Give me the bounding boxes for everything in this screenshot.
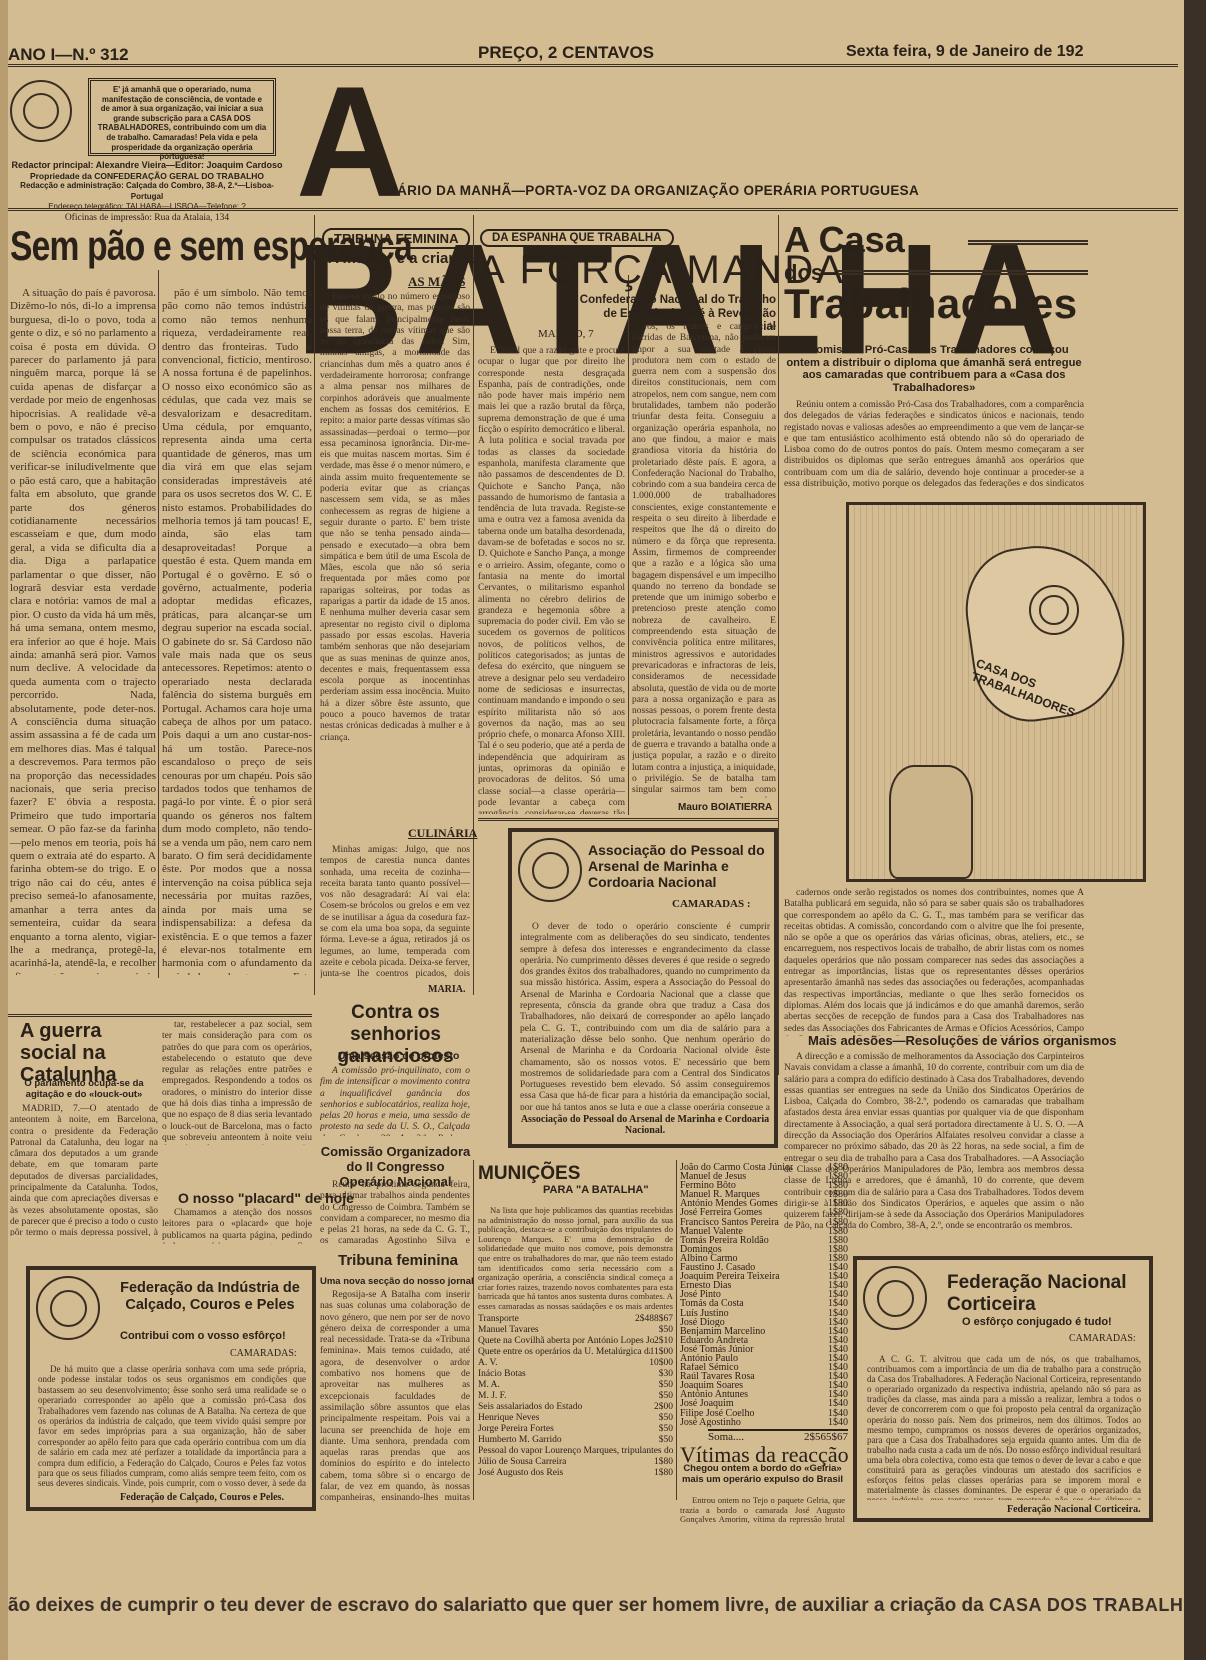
article-casa-body-bottom: cadernos onde serão registados os nomes …	[784, 888, 1084, 1036]
contribution-row: Raúl Tavares Rosa1$40	[680, 1372, 848, 1381]
contributor-name: Pessoal do vapor Lourenço Marques, tripu…	[478, 1446, 673, 1457]
footer-banner: OPERÁRIO, não deixes de cumprir o teu de…	[8, 1595, 1206, 1617]
contributor-name: Joaquim Pereira Teixeira	[680, 1272, 780, 1281]
headline-casa-line1: A Casa	[784, 222, 905, 258]
arsenal-headline: Associação do Pessoal do Arsenal de Mari…	[588, 842, 774, 890]
contribution-row: A. V.10$00	[478, 1358, 673, 1369]
contributor-name: Fermino Bôto	[680, 1181, 736, 1190]
contribution-row: José Diogo1$40	[680, 1318, 848, 1327]
contributor-name: João do Carmo Costa Júnior	[680, 1163, 793, 1172]
headline-tribuna-nova: Tribuna feminina	[338, 1252, 458, 1269]
contributor-name: A. V.	[478, 1358, 497, 1369]
contribution-row: Filipe José Coelho1$40	[680, 1409, 848, 1418]
headline-casa-line3: Trabalhadores	[784, 280, 1078, 328]
contribution-row: Pessoal do vapor Lourenço Marques, tripu…	[478, 1446, 673, 1457]
contribution-amount: $50	[659, 1325, 673, 1336]
contributor-name: Joaquim Soares	[680, 1381, 743, 1390]
tribuna-feminina-tag: TRIBUNA FEMININA	[322, 228, 470, 249]
headline-mulher-crianca: A mulher e a criança	[328, 250, 474, 267]
contributor-name: António Paulo	[680, 1354, 738, 1363]
contribution-row: Domingos1$80	[680, 1245, 848, 1254]
contributor-name: Domingos	[680, 1245, 722, 1254]
contributor-name: Manuel Tavares	[478, 1325, 539, 1336]
contributor-name: Humberto M. Garrido	[478, 1435, 562, 1446]
contributor-name: Faustino J. Casado	[680, 1263, 755, 1272]
contribution-row: Albino Carmo1$80	[680, 1254, 848, 1263]
article-vitimas-body: Entrou ontem no Tejo o paquete Gelria, q…	[680, 1496, 845, 1524]
contributor-name: Albino Carmo	[680, 1254, 738, 1263]
contribution-row: José Agostinho1$40	[680, 1418, 848, 1427]
contributor-name: Tomás da Costa	[680, 1299, 744, 1308]
contribution-amount: 2$00	[654, 1402, 673, 1413]
contribution-row: José Ferreira Gomes1$80	[680, 1208, 848, 1217]
subscription-notice-box: E' já amanhã que o operariado, numa mani…	[88, 78, 276, 156]
headline-guerra-social: A guerra social na Catalunha	[20, 1020, 160, 1086]
calcado-headline: Federação da Indústria de Calçado, Couro…	[110, 1280, 310, 1314]
contribution-row: José Pinto1$40	[680, 1290, 848, 1299]
arsenal-signature: Associação do Pessoal do Arsenal de Mari…	[520, 1114, 770, 1136]
contributor-name: Manuel de Jesus	[680, 1172, 746, 1181]
contribution-row: José Tomás Júnior1$40	[680, 1345, 848, 1354]
contributor-name: Manuel Valente	[680, 1227, 743, 1236]
issue-date: Sexta feira, 9 de Janeiro de 192	[846, 43, 1083, 61]
contribution-row: Júlio de Sousa Carreira1$80	[478, 1457, 673, 1468]
corticeira-headline: Federação Nacional Corticeira	[947, 1272, 1149, 1316]
contribution-row: Jorge Pereira Fortes$50	[478, 1424, 673, 1435]
subhead-para-a-batalha: PARA "A BATALHA"	[543, 1184, 649, 1196]
contributor-name: Filipe José Coelho	[680, 1409, 754, 1418]
contributor-name: Quete entre os operários da U. Metalúrgi…	[478, 1347, 650, 1358]
staff-ownership-line: Propriedade da CONFEDERAÇÃO GERAL DO TRA…	[8, 171, 286, 182]
arsenal-body: O dever de todo o operário consciente é …	[520, 922, 770, 1110]
article-casa-body-top: Reúniu ontem a comissão Pró-Casa dos Tra…	[784, 400, 1084, 488]
footer-banner-text: ão deixes de cumprir o teu dever de escr…	[8, 1595, 984, 1616]
cgt-seal-icon	[863, 1266, 927, 1330]
contribution-row: Rafael Sémico1$40	[680, 1363, 848, 1372]
article-municoes-body: Na lista que hoje publicamos das quantia…	[478, 1206, 673, 1312]
contribution-row: Benjamim Marcelino1$40	[680, 1327, 848, 1336]
contributions-list-b: João do Carmo Costa Júnior1$80Manuel de …	[680, 1163, 848, 1427]
issue-number: ANO I—N.º 312	[8, 45, 129, 65]
contributor-name: António Antunes	[680, 1390, 748, 1399]
contribution-amount: 10$00	[649, 1358, 673, 1369]
contribution-row: M. A.$50	[478, 1380, 673, 1391]
contribution-amount: 1$80	[654, 1468, 673, 1479]
contribution-row: Quete entre os operários da U. Metalúrgi…	[478, 1347, 673, 1358]
contribution-row: António Antunes1$40	[680, 1390, 848, 1399]
contribution-amount: 2$488$67	[635, 1314, 673, 1325]
article-tribuna-nova-body: Regosija-se A Batalha com inserir nas su…	[320, 1290, 470, 1504]
contributor-name: José Augusto dos Reis	[478, 1468, 563, 1479]
contributor-name: M. J. F.	[478, 1391, 507, 1402]
calcado-signature: Federação de Calçado, Couros e Peles.	[120, 1492, 284, 1503]
contributor-name: Rafael Sémico	[680, 1363, 739, 1372]
corticeira-body: A C. G. T. alvitrou que cada um de nós, …	[867, 1354, 1141, 1500]
calcado-greeting: CAMARADAS:	[230, 1348, 297, 1359]
contribution-row: António Paulo1$40	[680, 1354, 848, 1363]
contribution-amount: $50	[659, 1413, 673, 1424]
contribution-row: Quete na Covilhã aberta por António Lope…	[478, 1336, 673, 1347]
arsenal-association-notice: Associação do Pessoal do Arsenal de Mari…	[508, 828, 778, 1148]
contributor-name: José Agostinho	[680, 1418, 741, 1427]
contributor-name: Luís Justino	[680, 1309, 729, 1318]
contribution-row: Transporte2$488$67	[478, 1314, 673, 1325]
footer-banner-emphasis: CASA DOS TRABALHADORES	[989, 1595, 1206, 1615]
article-culinaria-body: Minhas amigas: Julgo, que nos tempos de …	[320, 845, 470, 980]
contribution-amount: 11$00	[650, 1347, 673, 1358]
calcado-subhead: Contribui com o vosso esfôrço!	[120, 1330, 286, 1342]
contribution-row: Ernesto Dias1$40	[680, 1281, 848, 1290]
contribution-row: Manuel R. Marques1$80	[680, 1190, 848, 1199]
article-guerra-social-col2: tar, restabelecer a paz social, sem ter …	[162, 1020, 312, 1145]
contribution-amount: $50	[659, 1391, 673, 1402]
calcado-body: De há muito que a classe operária sonhav…	[38, 1364, 306, 1489]
contribution-row: Joaquim Soares1$40	[680, 1381, 848, 1390]
section-culinaria: CULINÁRIA	[408, 826, 477, 841]
corticeira-subhead: O esfôrço conjugado é tudo!	[962, 1316, 1112, 1328]
contribution-amount: $50	[659, 1424, 673, 1435]
contributor-name: José Joaquim	[680, 1399, 734, 1408]
dateline-madrid: MADRID, 7	[538, 328, 594, 340]
article-placard-body: Chamamos a atenção dos nossos leitores p…	[162, 1208, 312, 1244]
contributor-name: José Diogo	[680, 1318, 725, 1327]
contributor-name: Seis assalariados do Estado	[478, 1402, 582, 1413]
staff-credits: Redactor principal: Alexandre Vieira—Edi…	[8, 160, 286, 223]
contributor-name: José Ferreira Gomes	[680, 1208, 762, 1217]
headline-municoes: MUNIÇÕES	[478, 1163, 580, 1185]
price: PREÇO, 2 CENTAVOS	[478, 43, 654, 63]
contribution-row: José Joaquim1$40	[680, 1399, 848, 1408]
article-sem-pao-col1: A situação do país é pavorosa. Dizêmo-lo…	[10, 287, 156, 975]
page-edge-shadow	[1184, 0, 1206, 1660]
contribution-row: Manuel de Jesus1$80	[680, 1172, 848, 1181]
contributor-name: Ernesto Dias	[680, 1281, 731, 1290]
contribution-row: João do Carmo Costa Júnior1$80	[680, 1163, 848, 1172]
newspaper-subtitle: DIÁRIO DA MANHÃ—PORTA-VOZ DA ORGANIZAÇÃO…	[383, 183, 919, 198]
contribution-amount: $50	[659, 1380, 673, 1391]
corticeira-greeting: CAMARADAS:	[1069, 1333, 1136, 1344]
contribution-row: M. J. F.$50	[478, 1391, 673, 1402]
signature-maria: MARIA.	[428, 984, 466, 995]
contribution-row: Manuel Valente1$80	[680, 1227, 848, 1236]
signature-mauro-boiatierra: Mauro BOIATIERRA	[678, 802, 772, 813]
contributions-total: Soma.... 2$565$67	[708, 1429, 848, 1443]
contribution-row: Eduardo Andreta1$40	[680, 1336, 848, 1345]
contribution-row: Henrique Neves$50	[478, 1413, 673, 1424]
article-guerra-social-col1: MADRID, 7.—O atentado de anteontem à noi…	[10, 1104, 158, 1236]
contributor-name: Raúl Tavares Rosa	[680, 1372, 755, 1381]
contributor-name: Inácio Botas	[478, 1369, 526, 1380]
contribution-row: Fermino Bôto1$80	[680, 1181, 848, 1190]
contributor-name: Júlio de Sousa Carreira	[478, 1457, 566, 1468]
article-forca-manda-col1: E' inútil que a razão grite e procure oc…	[478, 346, 625, 814]
headline-mais-adesoes: Mais adesões—Resoluções de vários organi…	[808, 1033, 1117, 1048]
contributor-name: José Tomás Júnior	[680, 1345, 754, 1354]
contributor-name: Transporte	[478, 1314, 519, 1325]
newspaper-page: ANO I—N.º 312 PREÇO, 2 CENTAVOS Sexta fe…	[8, 0, 1184, 1660]
corticeira-federation-notice: Federação Nacional Corticeira O esfôrço …	[853, 1256, 1153, 1522]
contribution-row: Tomás Pereira Roldão1$80	[680, 1236, 848, 1245]
contributor-name: Tomás Pereira Roldão	[680, 1236, 769, 1245]
casa-trabalhadores-illustration: CASA DOS TRABALHADORES	[846, 502, 1146, 882]
contributor-name: Jorge Pereira Fortes	[478, 1424, 554, 1435]
subhead-casa-diploma: A comissão Pró-Casa dos Trabalhadores co…	[784, 344, 1084, 394]
contributor-name: Henrique Neves	[478, 1413, 539, 1424]
cgt-seal-icon	[36, 1276, 100, 1340]
contribution-row: Tomás da Costa1$40	[680, 1299, 848, 1308]
contribution-row: Manuel Tavares$50	[478, 1325, 673, 1336]
corticeira-signature: Federação Nacional Corticeira.	[1007, 1504, 1141, 1515]
subhead-sessao-protesto: Uma sessão de protesto	[338, 1050, 459, 1062]
cgt-seal-icon	[10, 80, 72, 142]
cgt-seal-icon	[518, 838, 582, 902]
article-congresso-body: Reúne na próxima segunda feira, para ult…	[320, 1180, 470, 1246]
section-as-maes: AS MÃES	[408, 274, 465, 290]
contribution-row: Joaquim Pereira Teixeira1$40	[680, 1272, 848, 1281]
contributor-name: M. A.	[478, 1380, 500, 1391]
contribution-amount: 1$40	[828, 1418, 848, 1427]
contributor-name: António Mendes Gomes	[680, 1199, 778, 1208]
subhead-gelria: Chegou ontem a bordo do «Gelria» mais um…	[680, 1464, 845, 1485]
cgt-seal-icon	[1029, 585, 1079, 635]
contribution-row: José Augusto dos Reis1$80	[478, 1468, 673, 1479]
contributor-name: Benjamim Marcelino	[680, 1327, 765, 1336]
arsenal-greeting: CAMARADAS :	[672, 898, 751, 910]
contributor-name: Manuel R. Marques	[680, 1190, 760, 1199]
contribution-amount: $50	[659, 1435, 673, 1446]
contribution-row: Faustino J. Casado1$40	[680, 1263, 848, 1272]
contribution-row: Luís Justino1$40	[680, 1309, 848, 1318]
contribution-amount: 1$80	[654, 1457, 673, 1468]
contributor-name: Eduardo Andreta	[680, 1336, 748, 1345]
subhead-parlamento: O parlamento ocupa-se da agitação e do «…	[10, 1078, 158, 1100]
staff-editor-line: Redactor principal: Alexandre Vieira—Edi…	[8, 160, 286, 171]
contributor-name: Quete na Covilhã aberta por António Lope…	[478, 1336, 654, 1347]
article-senhorios-body: A comissão pró-inquilinato, com o fim de…	[320, 1066, 470, 1136]
contributor-name: José Pinto	[680, 1290, 721, 1299]
contributions-list-a: Transporte2$488$67Manuel Tavares$50Quete…	[478, 1314, 673, 1479]
worker-figure	[889, 765, 973, 879]
article-sem-pao-col2: pão é um símbolo. Não temos pão como não…	[162, 287, 312, 975]
contribution-row: Seis assalariados do Estado2$00	[478, 1402, 673, 1413]
contribution-row: Francisco Santos Pereira1$80	[680, 1218, 848, 1227]
contribution-row: Humberto M. Garrido$50	[478, 1435, 673, 1446]
subhead-nova-seccao: Uma nova secção do nosso jornal	[320, 1276, 474, 1287]
contribution-amount: $30	[659, 1369, 673, 1380]
calcado-federation-notice: Federação da Indústria de Calçado, Couro…	[26, 1266, 316, 1511]
article-forca-manda-col2: ros, os teatros e campos de corridas de …	[632, 322, 776, 798]
contribution-amount: 2$10	[654, 1336, 673, 1347]
contribution-row: Inácio Botas$30	[478, 1369, 673, 1380]
contributor-name: Francisco Santos Pereira	[680, 1218, 779, 1227]
staff-address-line: Redacção e administração: Calçada do Com…	[8, 181, 286, 202]
espanha-tag: DA ESPANHA QUE TRABALHA	[480, 228, 674, 247]
article-mulher-crianca-body: Fala-se muito no número espantoso de vít…	[320, 292, 470, 804]
contribution-row: António Mendes Gomes1$80	[680, 1199, 848, 1208]
